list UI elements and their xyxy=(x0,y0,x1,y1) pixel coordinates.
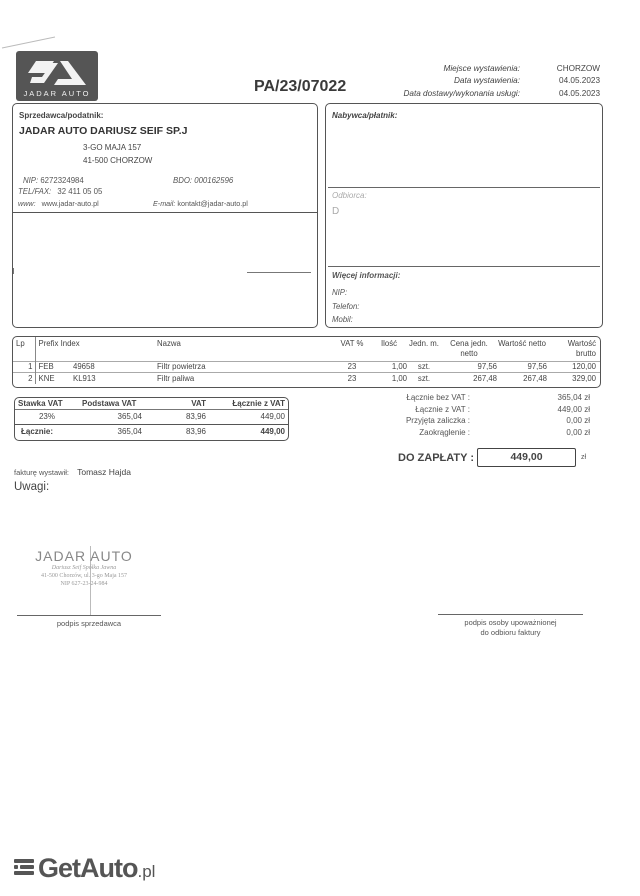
divider xyxy=(328,187,600,188)
invoice-number: PA/23/07022 xyxy=(254,78,346,96)
col-net-value: Wartość netto xyxy=(497,337,547,361)
table-row: 2 KNE KL913 Filtr paliwa 23 1,00 szt. 26… xyxy=(13,373,600,385)
meta-delivery-date: Data dostawy/wykonania usługi: 04.05.202… xyxy=(352,87,600,100)
seller-bdo: BDO: 000162596 xyxy=(173,176,233,185)
company-stamp: JADAR AUTO Dariusz Seif Spółka Jawna 41-… xyxy=(28,548,140,588)
items-table: Lp Prefix Index Nazwa VAT % Ilość Jedn. … xyxy=(12,336,601,388)
meta-issue-date: Data wystawienia: 04.05.2023 xyxy=(352,75,600,88)
buyer-nip-label: NIP: xyxy=(332,288,347,297)
getauto-watermark: GetAuto .pl xyxy=(14,853,155,884)
amount-due-value: 449,00 xyxy=(477,448,576,467)
scan-artifact xyxy=(0,36,60,50)
seller-box: Sprzedawca/podatnik: JADAR AUTO DARIUSZ … xyxy=(12,103,318,328)
company-logo: JADAR AUTO xyxy=(16,51,98,101)
menu-lines-icon xyxy=(14,857,36,877)
divider-fragment xyxy=(13,268,19,274)
seller-email: E-mail: kontakt@jadar-auto.pl xyxy=(153,199,248,208)
invoice-issuer: fakturę wystawił: Tomasz Hajda xyxy=(14,467,131,477)
receiver-signature-label: podpis osoby upoważnionej do odbioru fak… xyxy=(438,618,583,638)
table-row: 1 FEB 49658 Filtr powietrza 23 1,00 szt.… xyxy=(13,361,600,373)
seller-www: www: www.jadar-auto.pl xyxy=(18,199,99,208)
items-header-row: Lp Prefix Index Nazwa VAT % Ilość Jedn. … xyxy=(13,337,600,361)
seller-address-city: 41-500 CHORZOW xyxy=(83,156,152,165)
amount-due-currency: zł xyxy=(581,454,586,461)
remarks-label: Uwagi: xyxy=(14,481,49,493)
col-gross-value: Wartość brutto xyxy=(547,337,600,361)
buyer-mobile-label: Mobil: xyxy=(332,315,353,324)
col-vat: VAT % xyxy=(333,337,371,361)
seller-website-link[interactable]: www.jadar-auto.pl xyxy=(42,199,99,208)
buyer-title: Nabywca/płatnik: xyxy=(332,111,397,120)
col-name: Nazwa xyxy=(157,337,333,361)
col-unit-price: Cena jedn. netto xyxy=(441,337,497,361)
more-info-label: Więcej informacji: xyxy=(332,271,400,280)
logo-mark-icon xyxy=(24,55,90,89)
seller-tel: TEL/FAX: 32 411 05 05 xyxy=(18,187,102,196)
advance-payment: Przyjęta zaliczka : 0,00 zł xyxy=(370,415,590,427)
seller-email-link[interactable]: kontakt@jadar-auto.pl xyxy=(177,199,247,208)
seller-title: Sprzedawca/podatnik: xyxy=(19,111,103,120)
vat-summary-header: Stawka VAT Podstawa VAT VAT Łącznie z VA… xyxy=(15,398,288,409)
col-qty: Ilość xyxy=(371,337,407,361)
col-lp: Lp xyxy=(13,337,35,361)
seller-nip: NIP: 6272324984 xyxy=(23,176,84,185)
table-row: 23% 365,04 83,96 449,00 xyxy=(15,409,288,424)
total-net: Łącznie bez VAT : 365,04 zł xyxy=(370,392,590,404)
col-unit: Jedn. m. xyxy=(407,337,441,361)
divider xyxy=(13,212,317,213)
meta-place: Miejsce wystawienia: CHORZOW xyxy=(352,62,600,75)
receiver-signature-line xyxy=(438,614,583,615)
col-prefix-index: Prefix Index xyxy=(35,337,157,361)
seller-address-street: 3-GO MAJA 157 xyxy=(83,143,141,152)
seller-name: JADAR AUTO DARIUSZ SEIF SP.J xyxy=(19,125,187,137)
amount-due-label: DO ZAPŁATY : xyxy=(398,452,474,464)
seller-signature-line xyxy=(17,615,161,616)
buyer-box: Nabywca/płatnik: Odbiorca: D Więcej info… xyxy=(325,103,603,328)
buyer-phone-label: Telefon: xyxy=(332,302,359,311)
rounding: Zaokrąglenie : 0,00 zł xyxy=(370,427,590,439)
recipient-label: Odbiorca: xyxy=(332,191,367,200)
recipient-initial: D xyxy=(332,206,339,217)
invoice-meta: Miejsce wystawienia: CHORZOW Data wystaw… xyxy=(352,62,600,100)
total-gross: Łącznie z VAT : 449,00 zł xyxy=(370,404,590,416)
seller-signature-label: podpis sprzedawca xyxy=(17,619,161,628)
divider xyxy=(328,266,600,267)
logo-text: JADAR AUTO xyxy=(16,89,98,98)
vat-summary-table: Stawka VAT Podstawa VAT VAT Łącznie z VA… xyxy=(14,397,289,441)
totals-summary: Łącznie bez VAT : 365,04 zł Łącznie z VA… xyxy=(370,392,590,438)
vat-summary-total-row: Łącznie: 365,04 83,96 449,00 xyxy=(15,424,288,439)
divider-fragment xyxy=(247,272,311,273)
issuer-name: Tomasz Hajda xyxy=(77,467,131,477)
